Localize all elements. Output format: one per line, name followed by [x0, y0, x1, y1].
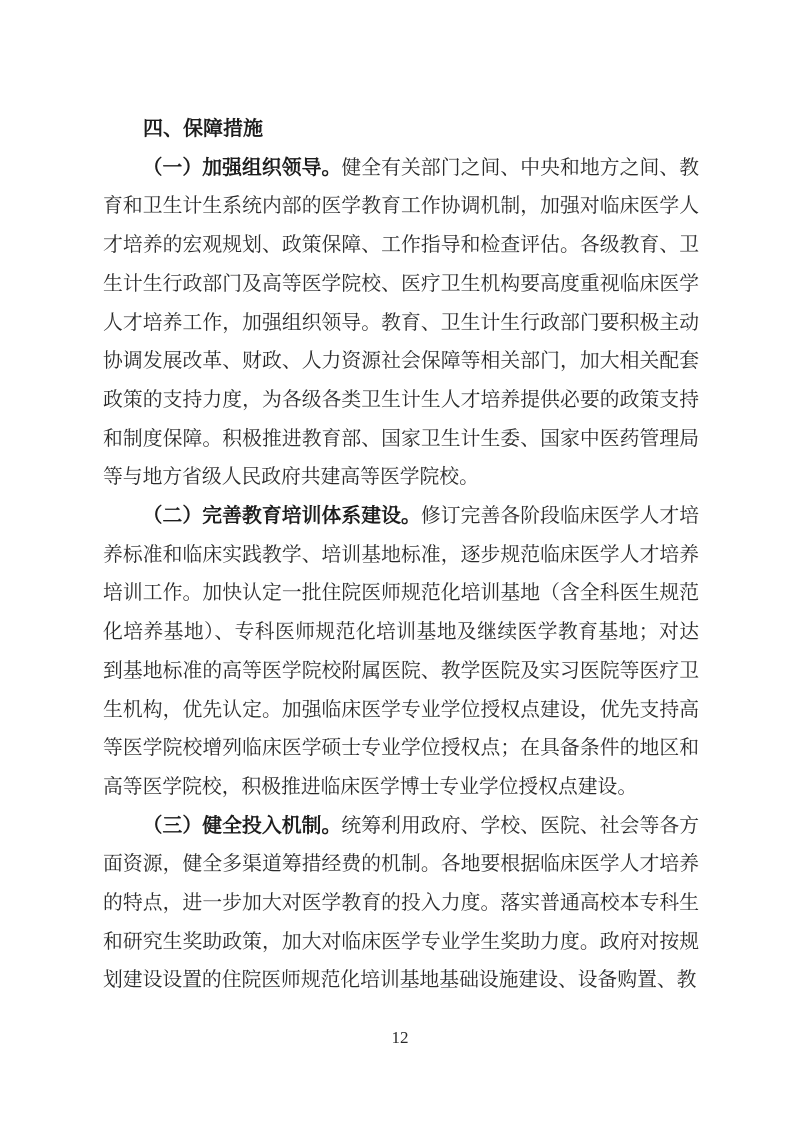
- paragraph-2-text: 修订完善各阶段临床医学人才培养标准和临床实践教学、培训基地标准，逐步规范临床医学…: [103, 505, 699, 798]
- paragraph-3: （三）健全投入机制。统筹利用政府、学校、医院、社会等各方面资源，健全多渠道筹措经…: [103, 807, 699, 1001]
- paragraph-3-text: 统筹利用政府、学校、医院、社会等各方面资源，健全多渠道筹措经费的机制。各地要根据…: [103, 815, 699, 992]
- paragraph-1-lead: （一）加强组织领导。: [143, 157, 342, 179]
- paragraph-2: （二）完善教育培训体系建设。修订完善各阶段临床医学人才培养标准和临床实践教学、培…: [103, 497, 699, 807]
- paragraph-2-lead: （二）完善教育培训体系建设。: [143, 505, 421, 527]
- document-body: 四、保障措施 （一）加强组织领导。健全有关部门之间、中央和地方之间、教育和卫生计…: [103, 110, 699, 1000]
- page-number: 12: [0, 1028, 800, 1048]
- paragraph-3-lead: （三）健全投入机制。: [143, 815, 342, 837]
- section-heading: 四、保障措施: [103, 110, 699, 149]
- document-page: 四、保障措施 （一）加强组织领导。健全有关部门之间、中央和地方之间、教育和卫生计…: [0, 0, 800, 1129]
- paragraph-1: （一）加强组织领导。健全有关部门之间、中央和地方之间、教育和卫生计生系统内部的医…: [103, 149, 699, 497]
- paragraph-1-text: 健全有关部门之间、中央和地方之间、教育和卫生计生系统内部的医学教育工作协调机制，…: [103, 157, 699, 489]
